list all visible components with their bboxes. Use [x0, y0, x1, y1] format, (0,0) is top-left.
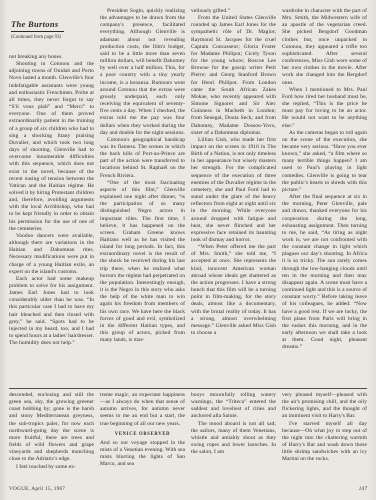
venice-observed-heading: VENICE OBSERVED [100, 432, 185, 437]
top-article-column-1: The Burtons (Continued from page 93) not… [9, 8, 94, 384]
article-title: The Burtons [11, 19, 64, 32]
paragraph: Voodoo dancers were available, although … [9, 233, 94, 276]
paragraph: vellously gifted.” [191, 8, 276, 15]
paragraph: treme magic, an expectant happiness—as I… [100, 392, 185, 428]
paragraph: buoys mournfully tolling watery warnings… [191, 392, 276, 421]
top-article-column-3: vellously gifted.”From the United States… [191, 8, 276, 384]
top-article-column-2: President Soglo, quickly realizing the a… [100, 8, 185, 384]
paragraph: After the final sequence at six in the m… [282, 194, 367, 351]
paragraph: From the United States Glenville rounded… [191, 15, 276, 137]
paragraph: Shooting in Cotonou and the adjoining to… [9, 61, 94, 233]
paragraph: The mood aboard is not all sad; the sail… [191, 421, 276, 457]
paragraph: not breaking any bones. [9, 54, 94, 61]
bottom-article-column-2: treme magic, an expectant happiness—as I… [100, 392, 185, 472]
paragraph: very pleased myself—pleased with the air… [282, 392, 367, 421]
paragraph: President Soglo, quickly realizing the a… [100, 8, 185, 137]
paragraph: And so our voyage stopped in the mists o… [100, 440, 185, 469]
magazine-issue-line: VOGUE, April 15, 1967 [9, 486, 65, 492]
article-header: The Burtons (Continued from page 93) [11, 14, 94, 40]
bottom-article-column-1: descended, enclosing and still the green… [9, 392, 94, 472]
bottom-article-column-2-text: treme magic, an expectant happiness—as I… [100, 392, 185, 428]
bottom-article-section: descended, enclosing and still the green… [9, 392, 367, 472]
paragraph: I've starved myself all day because—Oh w… [282, 421, 367, 464]
top-article-column-4: wardrobe in character with the part of M… [282, 8, 367, 384]
bottom-article-column-2-text-after-heading: And so our voyage stopped in the mists o… [100, 440, 185, 469]
page-footer: VOGUE, April 15, 1967 147 [9, 486, 367, 492]
section-divider-rule [9, 388, 367, 389]
paragraph: Cotonou's geographical handicap was its … [100, 137, 185, 180]
paragraph: As the cameras began to roll again on th… [282, 130, 367, 194]
page-number: 147 [359, 486, 367, 492]
paragraph: When I mentioned to Mrs. Paul Ford how t… [282, 87, 367, 130]
paragraph: “One of the most fascinating aspects of … [100, 180, 185, 345]
continued-from-note: (Continued from page 93) [11, 35, 94, 40]
paragraph: Each actor had some makeup problem to so… [9, 276, 94, 348]
paragraph: wardrobe in character with the part of M… [282, 8, 367, 87]
bottom-article-column-3: buoys mournfully tolling watery warnings… [191, 392, 276, 472]
paragraph: “When Peter offered me the part of Mrs. … [191, 244, 276, 337]
bottom-article-column-4: very pleased myself—pleased with the air… [282, 392, 367, 472]
paragraph: descended, enclosing and still the green… [9, 392, 94, 464]
paragraph: Lillian Gish, who made her first impact … [191, 137, 276, 244]
top-article-section: The Burtons (Continued from page 93) not… [9, 8, 367, 384]
paragraph: I feel touched by some ex- [9, 464, 94, 471]
article-text-column: not breaking any bones.Shooting in Coton… [9, 54, 94, 347]
magazine-page: The Burtons (Continued from page 93) not… [0, 0, 376, 500]
